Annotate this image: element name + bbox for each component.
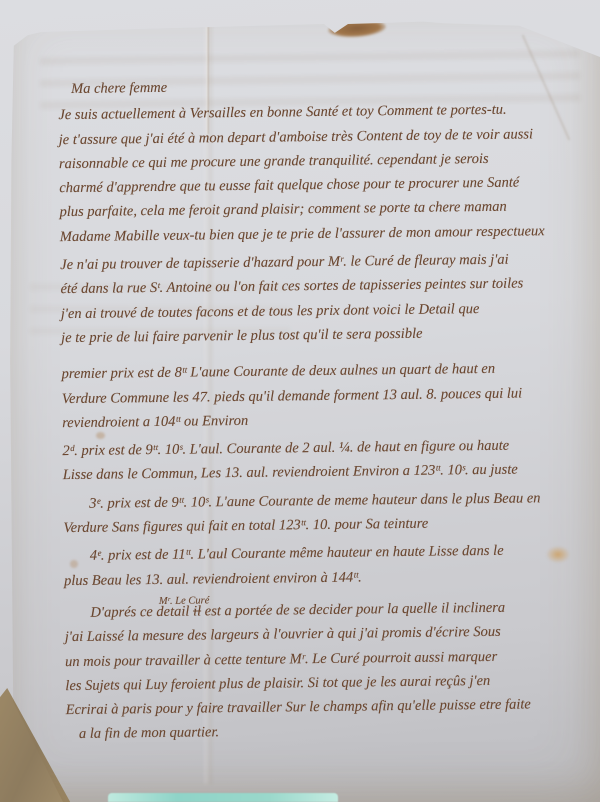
inserted-correction: Mʳ. Le Curé [159, 596, 210, 607]
scan-edge-artifact [108, 793, 338, 802]
letter-line: Madame Mabille veux-tu bien que je te pr… [60, 219, 572, 250]
letter-paper: Ma chere femme Je suis actuellement à Ve… [0, 0, 600, 802]
letter-line: reviendroient a 104ᵗᵗ ou Environ [62, 405, 574, 436]
ink-stain [327, 18, 386, 39]
letter-line: Lisse dans le Commun, Les 13. aul. revie… [63, 457, 575, 488]
letter-line: je te prie de lui faire parvenir le plus… [61, 320, 573, 351]
letter-line: a la fin de mon quartier. [79, 716, 578, 746]
letter-line: Verdure Sans figures qui fait en total 1… [63, 510, 575, 541]
letter-lines: Je suis actuellement à Versailles en bon… [58, 97, 578, 747]
letter-text: Ma chere femme Je suis actuellement à Ve… [58, 71, 578, 747]
salutation: Ma chere femme [71, 71, 570, 101]
